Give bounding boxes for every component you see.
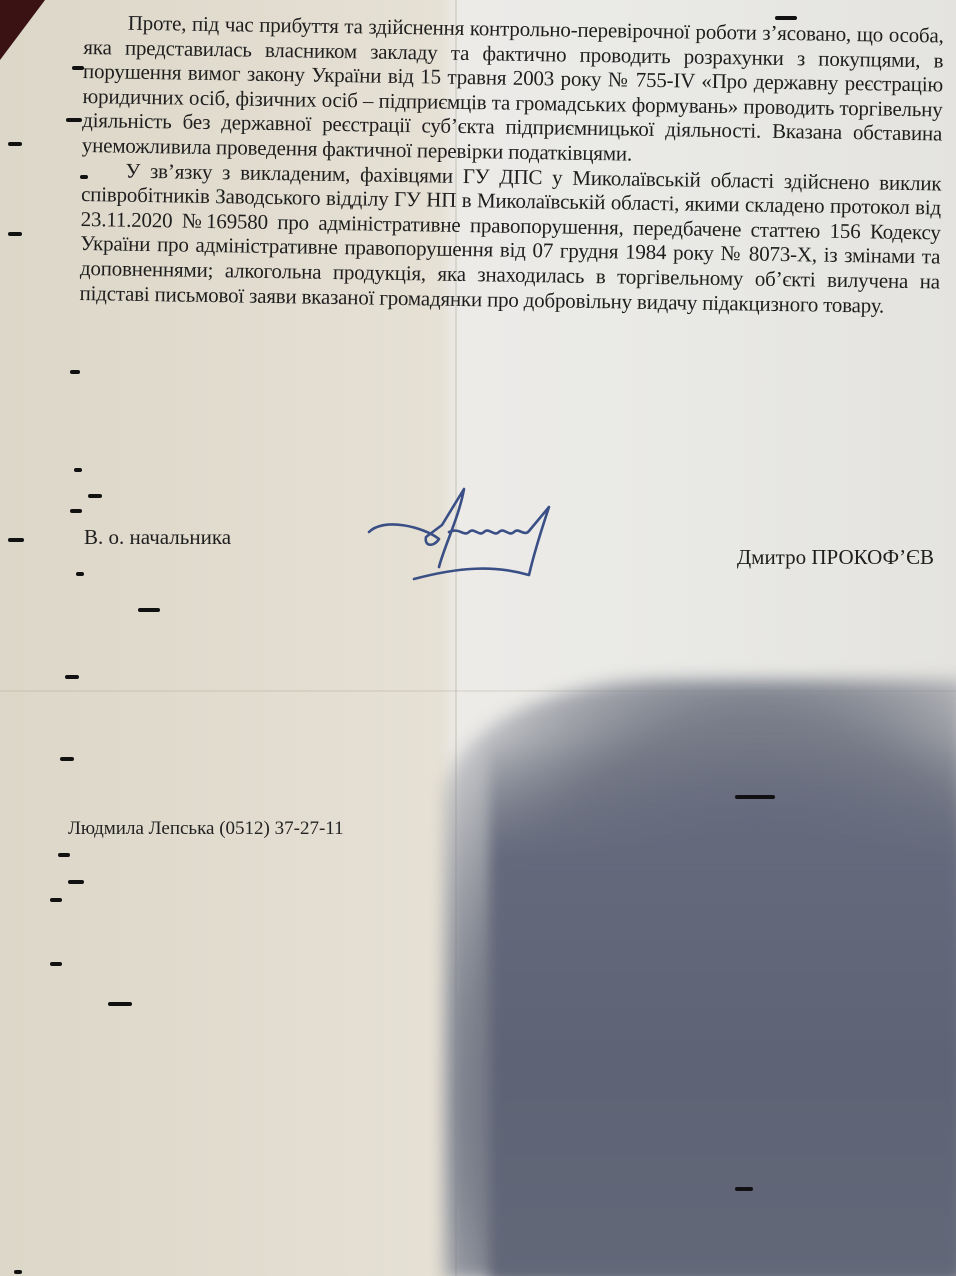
signature-block: В. о. начальника Дмитро ПРОКОФ’ЄВ: [84, 525, 944, 585]
toner-speck: [70, 509, 82, 513]
handwritten-signature-icon: [364, 487, 564, 587]
toner-speck: [68, 880, 84, 884]
toner-speck: [60, 757, 74, 761]
toner-speck: [70, 370, 80, 374]
signatory-name: Дмитро ПРОКОФ’ЄВ: [737, 545, 934, 570]
toner-speck: [74, 468, 82, 472]
paragraph-1: Проте, під час прибуття та здійснення ко…: [82, 10, 944, 171]
toner-speck: [50, 962, 62, 966]
toner-speck: [76, 572, 84, 576]
toner-speck: [58, 853, 70, 857]
toner-speck: [65, 675, 79, 679]
signatory-position: В. о. начальника: [84, 525, 231, 550]
toner-speck: [80, 175, 88, 179]
toner-speck: [735, 1187, 753, 1191]
toner-speck: [8, 142, 22, 146]
toner-speck: [66, 118, 82, 122]
toner-speck: [8, 232, 22, 236]
toner-speck: [72, 66, 84, 70]
toner-speck: [108, 1002, 132, 1006]
toner-speck: [735, 795, 775, 799]
toner-speck: [138, 608, 160, 612]
contact-person: Людмила Лепська (0512) 37-27-11: [68, 818, 344, 840]
toner-speck: [14, 1270, 22, 1274]
toner-speck: [775, 16, 797, 20]
toner-speck: [8, 538, 24, 542]
toner-speck: [50, 898, 62, 902]
toner-speck: [88, 494, 102, 498]
paragraph-2: У зв’язку з викладеним, фахівцями ГУ ДПС…: [79, 158, 941, 319]
photo-shadow-core: [490, 740, 956, 1276]
background-corner: [0, 0, 45, 60]
document-body: Проте, під час прибуття та здійснення ко…: [79, 10, 944, 319]
